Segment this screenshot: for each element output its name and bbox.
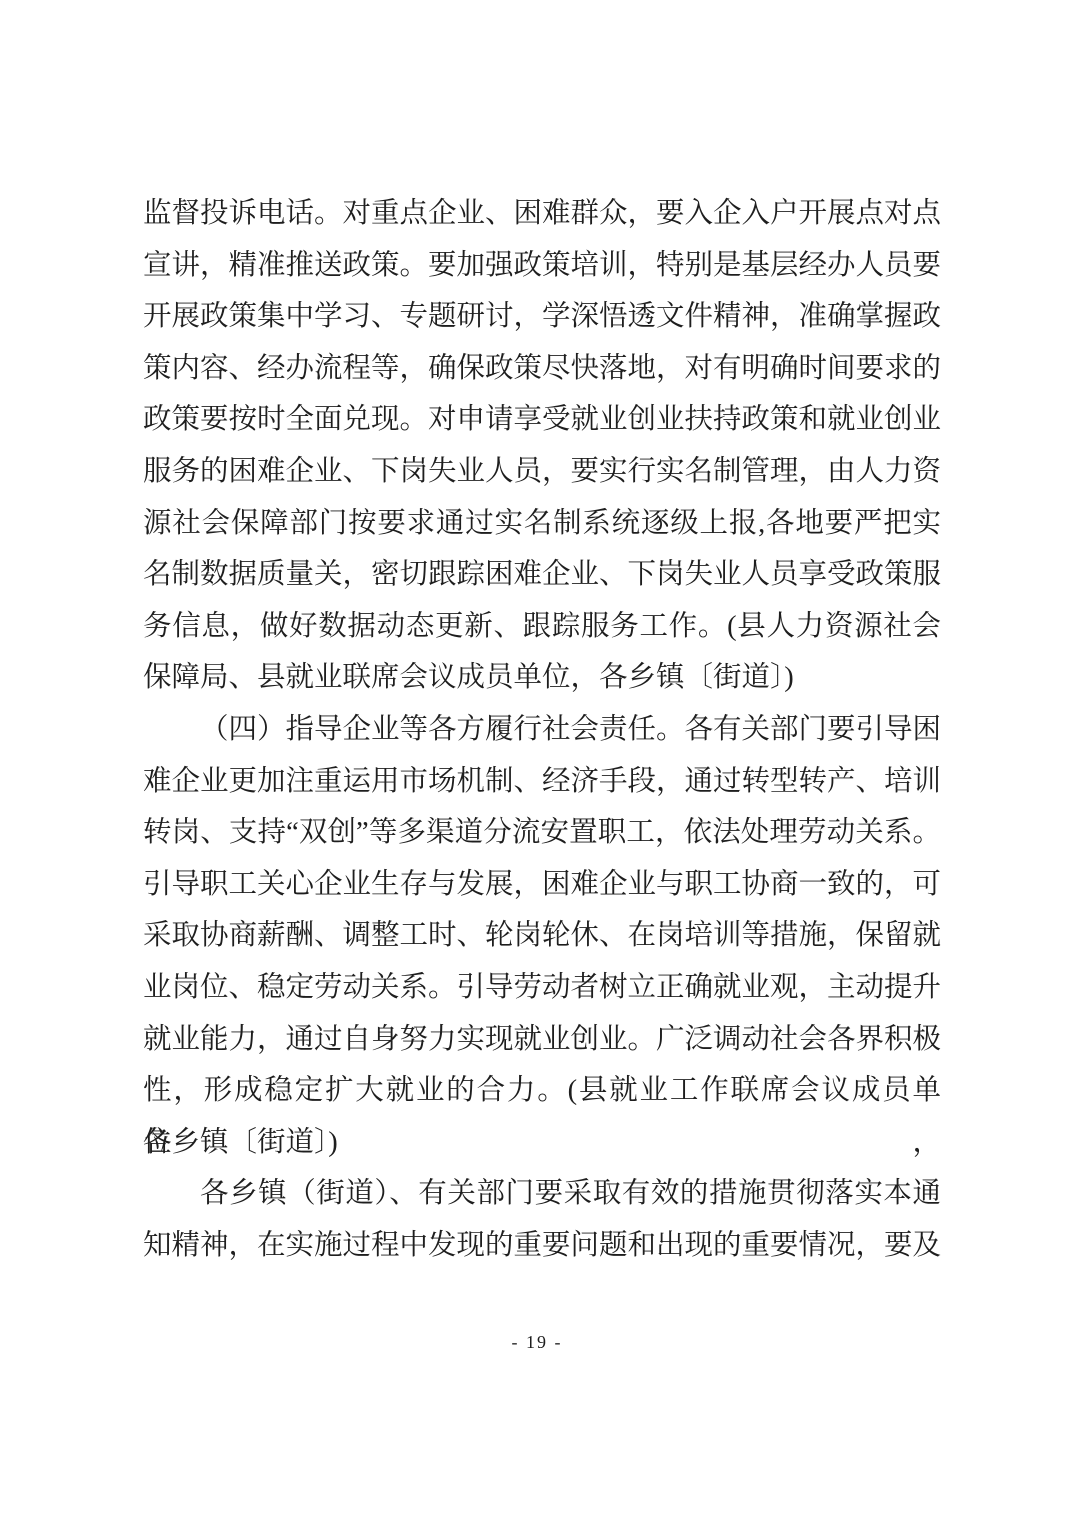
paragraph-closing-implementation: 各乡镇（街道）、有关部门要采取有效的措施贯彻落实本通知精神，在实施过程中发现的重… bbox=[143, 1168, 941, 1271]
text-line: 政策要按时全面兑现。对申请享受就业创业扶持政策和就业创业 bbox=[143, 394, 941, 446]
text-line: 性，形成稳定扩大就业的合力。(县就业工作联席会议成员单位， bbox=[143, 1065, 941, 1117]
paragraph-item-four-social-responsibility: （四）指导企业等各方履行社会责任。各有关部门要引导困难企业更加注重运用市场机制、… bbox=[143, 704, 941, 1168]
page-number: - 19 - bbox=[512, 1332, 563, 1352]
text-line: 名制数据质量关，密切跟踪困难企业、下岗失业人员享受政策服 bbox=[143, 549, 941, 601]
text-line: 业岗位、稳定劳动关系。引导劳动者树立正确就业观，主动提升 bbox=[143, 962, 941, 1014]
text-line: 难企业更加注重运用市场机制、经济手段，通过转型转产、培训 bbox=[143, 756, 941, 808]
document-text: 监督投诉电话。对重点企业、困难群众，要入企入户开展点对点宣讲，精准推送政策。要加… bbox=[143, 188, 941, 1271]
text-line: 转岗、支持“双创”等多渠道分流安置职工，依法处理劳动关系。 bbox=[143, 807, 941, 859]
text-line: 知精神，在实施过程中发现的重要问题和出现的重要情况，要及 bbox=[143, 1220, 941, 1272]
document-page: 监督投诉电话。对重点企业、困难群众，要入企入户开展点对点宣讲，精准推送政策。要加… bbox=[0, 0, 1074, 1520]
text-line: 源社会保障部门按要求通过实名制系统逐级上报,各地要严把实 bbox=[143, 498, 941, 550]
text-line: 策内容、经办流程等，确保政策尽快落地，对有明确时间要求的 bbox=[143, 343, 941, 395]
text-line: （四）指导企业等各方履行社会责任。各有关部门要引导困 bbox=[143, 704, 941, 756]
paragraph-policy-implementation: 监督投诉电话。对重点企业、困难群众，要入企入户开展点对点宣讲，精准推送政策。要加… bbox=[143, 188, 941, 704]
text-line: 保障局、县就业联席会议成员单位，各乡镇〔街道〕) bbox=[143, 652, 941, 704]
text-line: 监督投诉电话。对重点企业、困难群众，要入企入户开展点对点 bbox=[143, 188, 941, 240]
text-line: 开展政策集中学习、专题研讨，学深悟透文件精神，准确掌握政 bbox=[143, 291, 941, 343]
text-line: 就业能力，通过自身努力实现就业创业。广泛调动社会各界积极 bbox=[143, 1014, 941, 1066]
text-line: 宣讲，精准推送政策。要加强政策培训，特别是基层经办人员要 bbox=[143, 240, 941, 292]
text-line: 引导职工关心企业生存与发展，困难企业与职工协商一致的，可 bbox=[143, 859, 941, 911]
text-line: 各乡镇（街道）、有关部门要采取有效的措施贯彻落实本通 bbox=[143, 1168, 941, 1220]
text-line: 服务的困难企业、下岗失业人员，要实行实名制管理，由人力资 bbox=[143, 446, 941, 498]
text-line: 采取协商薪酬、调整工时、轮岗轮休、在岗培训等措施，保留就 bbox=[143, 910, 941, 962]
page-footer: - 19 - bbox=[0, 1332, 1074, 1353]
text-line: 务信息，做好数据动态更新、跟踪服务工作。(县人力资源社会 bbox=[143, 601, 941, 653]
